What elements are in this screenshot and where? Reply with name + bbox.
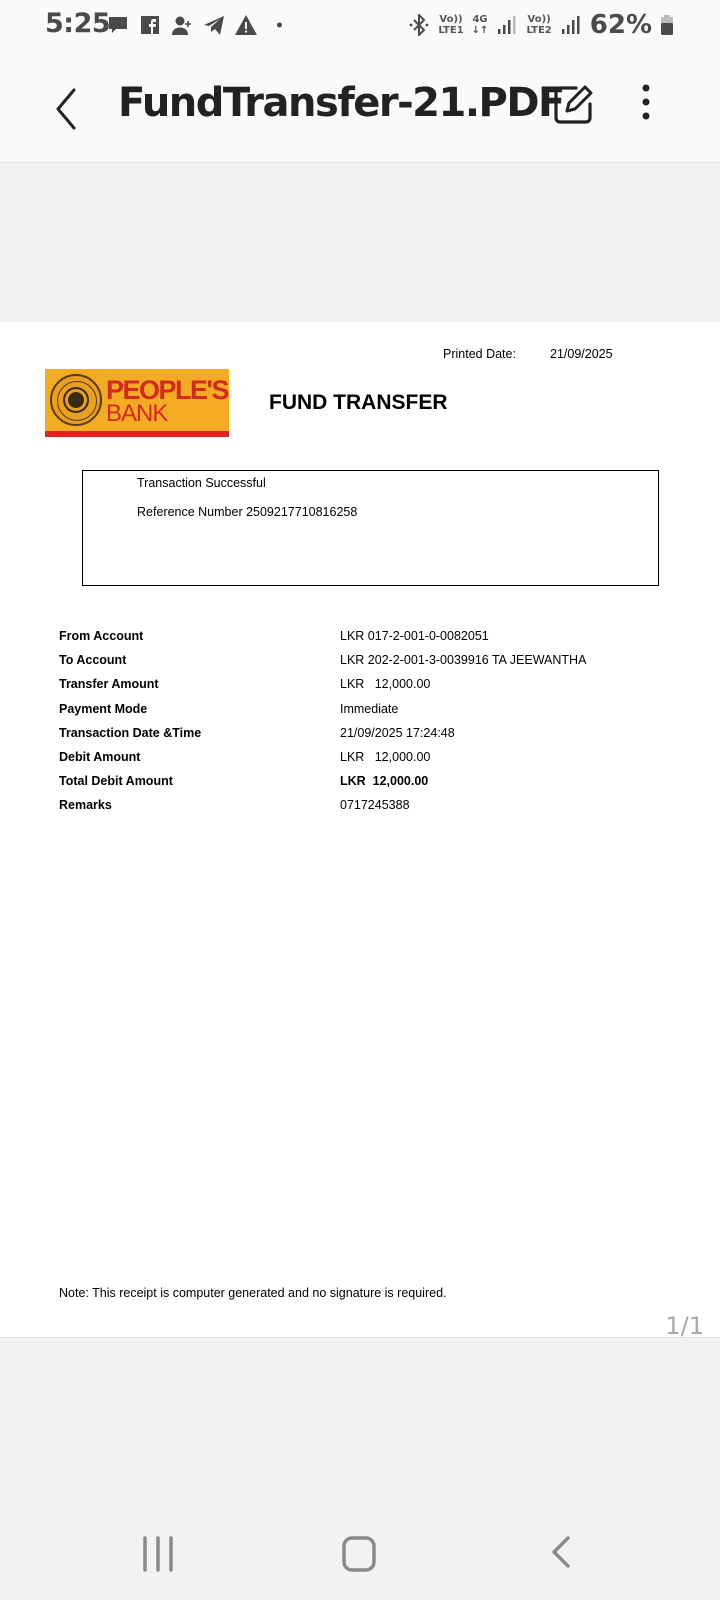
signal-2-icon bbox=[560, 14, 582, 36]
message-icon bbox=[107, 14, 129, 36]
back-button[interactable] bbox=[48, 80, 88, 136]
detail-label: To Account bbox=[59, 653, 126, 667]
detail-label: Payment Mode bbox=[59, 702, 147, 716]
more-options-button[interactable] bbox=[636, 82, 656, 126]
home-icon bbox=[340, 1534, 380, 1574]
home-button[interactable] bbox=[340, 1534, 380, 1574]
navigation-bar bbox=[0, 1520, 720, 1600]
edit-button[interactable] bbox=[552, 82, 596, 126]
bank-seal-icon bbox=[50, 374, 102, 426]
detail-value: 21/09/2025 17:24:48 bbox=[340, 726, 455, 740]
warning-icon bbox=[235, 14, 257, 36]
detail-row-to-account: To AccountLKR 202-2-001-3-0039916 TA JEE… bbox=[59, 653, 679, 677]
pdf-page[interactable]: Printed Date: 21/09/2025 PEOPLE'S BANK F… bbox=[0, 322, 720, 1338]
detail-value: LKR 12,000.00 bbox=[340, 774, 428, 788]
4g-data-icon: 4G↓↑ bbox=[472, 14, 489, 36]
detail-value: LKR 202-2-001-3-0039916 TA JEEWANTHA bbox=[340, 653, 586, 667]
status-bar: 5:25 Vo))LTE1 4G↓↑ Vo))LTE2 62% bbox=[0, 0, 720, 56]
reference-number: Reference Number 2509217710816258 bbox=[137, 505, 357, 519]
app-bar: FundTransfer-21.PDF bbox=[0, 56, 720, 163]
battery-percent: 62% bbox=[590, 10, 652, 40]
add-contact-icon bbox=[171, 14, 193, 36]
printed-date: Printed Date: 21/09/2025 bbox=[443, 347, 516, 361]
detail-label: Remarks bbox=[59, 798, 112, 812]
detail-value: LKR 12,000.00 bbox=[340, 750, 430, 764]
recent-apps-button[interactable] bbox=[140, 1534, 176, 1574]
telegram-icon bbox=[203, 14, 225, 36]
detail-value: LKR 017-2-001-0-0082051 bbox=[340, 629, 489, 643]
logo-line2: BANK bbox=[106, 400, 167, 428]
bluetooth-icon bbox=[408, 14, 430, 36]
detail-label: From Account bbox=[59, 629, 143, 643]
printed-date-value: 21/09/2025 bbox=[550, 347, 613, 361]
detail-label: Transfer Amount bbox=[59, 677, 159, 691]
nav-back-button[interactable] bbox=[548, 1534, 578, 1574]
detail-label: Debit Amount bbox=[59, 750, 140, 764]
transfer-details: From AccountLKR 017-2-001-0-0082051 To A… bbox=[59, 629, 679, 823]
notification-icons bbox=[107, 14, 289, 36]
page-indicator: 1/1 bbox=[665, 1312, 704, 1340]
transaction-status-box: Transaction Successful Reference Number … bbox=[82, 470, 659, 586]
signal-1-icon bbox=[496, 14, 518, 36]
more-vertical-icon bbox=[636, 82, 656, 126]
detail-row-debit-amount: Debit AmountLKR 12,000.00 bbox=[59, 750, 679, 774]
battery-icon bbox=[660, 14, 674, 36]
detail-label: Transaction Date &Time bbox=[59, 726, 201, 740]
printed-date-label: Printed Date: bbox=[443, 347, 516, 361]
back-icon bbox=[548, 1534, 578, 1574]
receipt-note: Note: This receipt is computer generated… bbox=[59, 1286, 447, 1300]
edit-icon bbox=[552, 82, 596, 126]
detail-row-transfer-amount: Transfer AmountLKR 12,000.00 bbox=[59, 677, 679, 701]
detail-row-from-account: From AccountLKR 017-2-001-0-0082051 bbox=[59, 629, 679, 653]
peoples-bank-logo: PEOPLE'S BANK bbox=[45, 369, 229, 437]
recent-apps-icon bbox=[140, 1534, 176, 1574]
detail-value: Immediate bbox=[340, 702, 398, 716]
chevron-left-icon bbox=[48, 80, 88, 136]
facebook-icon bbox=[139, 14, 161, 36]
detail-value: LKR 12,000.00 bbox=[340, 677, 430, 691]
status-message: Transaction Successful bbox=[137, 476, 266, 490]
file-title: FundTransfer-21.PDF bbox=[118, 80, 564, 126]
detail-row-total-debit-amount: Total Debit AmountLKR 12,000.00 bbox=[59, 774, 679, 798]
volte-lte1-icon: Vo))LTE1 bbox=[438, 14, 463, 36]
document-title: FUND TRANSFER bbox=[269, 391, 448, 415]
detail-row-transaction-datetime: Transaction Date &Time21/09/2025 17:24:4… bbox=[59, 726, 679, 750]
detail-label: Total Debit Amount bbox=[59, 774, 173, 788]
system-icons: Vo))LTE1 4G↓↑ Vo))LTE2 62% bbox=[408, 10, 674, 40]
detail-row-payment-mode: Payment ModeImmediate bbox=[59, 702, 679, 726]
volte-lte2-icon: Vo))LTE2 bbox=[526, 14, 551, 36]
dot-icon bbox=[275, 14, 289, 36]
detail-value: 0717245388 bbox=[340, 798, 410, 812]
clock: 5:25 bbox=[45, 8, 110, 39]
detail-row-remarks: Remarks0717245388 bbox=[59, 798, 679, 822]
